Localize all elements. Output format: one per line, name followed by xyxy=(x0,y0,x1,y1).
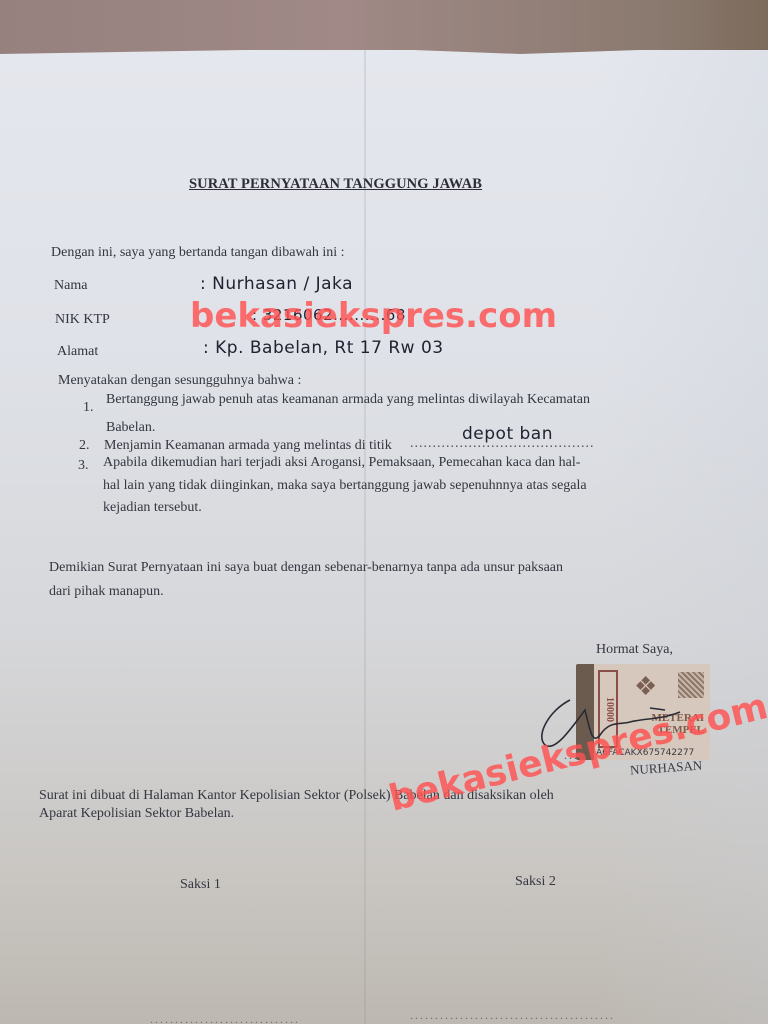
salutation: Hormat Saya, xyxy=(596,642,673,658)
field-label-nama: Nama xyxy=(54,278,87,294)
item-3-number: 3. xyxy=(78,458,89,474)
closing-text-cont: dari pihak manapun. xyxy=(49,584,164,600)
item-1-number: 1. xyxy=(83,400,94,416)
witness-1-label: Saksi 1 xyxy=(180,877,221,893)
item-3-text: Apabila dikemudian hari terjadi aksi Aro… xyxy=(103,455,580,471)
item-1-text-cont: Babelan. xyxy=(106,420,155,436)
paper-shadow xyxy=(600,50,768,1024)
field-value-alamat: : Kp. Babelan, Rt 17 Rw 03 xyxy=(203,338,444,358)
document-title: SURAT PERNYATAAN TANGGUNG JAWAB xyxy=(189,176,482,193)
paper-fold xyxy=(364,50,366,1024)
item-1-text: Bertanggung jawab penuh atas keamanan ar… xyxy=(106,392,590,408)
field-label-alamat: Alamat xyxy=(57,344,98,360)
closing-text: Demikian Surat Pernyataan ini saya buat … xyxy=(49,560,563,576)
item-3-text-cont: hal lain yang tidak diinginkan, maka say… xyxy=(103,478,587,494)
intro-text: Dengan ini, saya yang bertanda tangan di… xyxy=(51,245,345,261)
watermark-1: bekasiekspres.com xyxy=(190,296,557,336)
item-2-text: Menjamin Keamanan armada yang melintas d… xyxy=(104,438,392,454)
item-2-handwritten: depot ban xyxy=(462,424,553,444)
statement-intro: Menyatakan dengan sesungguhnya bahwa : xyxy=(58,373,301,389)
item-2-number: 2. xyxy=(79,438,90,454)
footer-text-cont: Aparat Kepolisian Sektor Babelan. xyxy=(39,806,234,822)
field-label-nik: NIK KTP xyxy=(55,312,110,328)
field-value-nama: : Nurhasan / Jaka xyxy=(200,274,353,294)
witness-1-signature-line: .............................. xyxy=(150,1012,300,1024)
witness-2-label: Saksi 2 xyxy=(515,874,556,890)
witness-2-signature-line: ........................................… xyxy=(410,1008,615,1023)
item-3-text-end: kejadian tersebut. xyxy=(103,500,202,516)
